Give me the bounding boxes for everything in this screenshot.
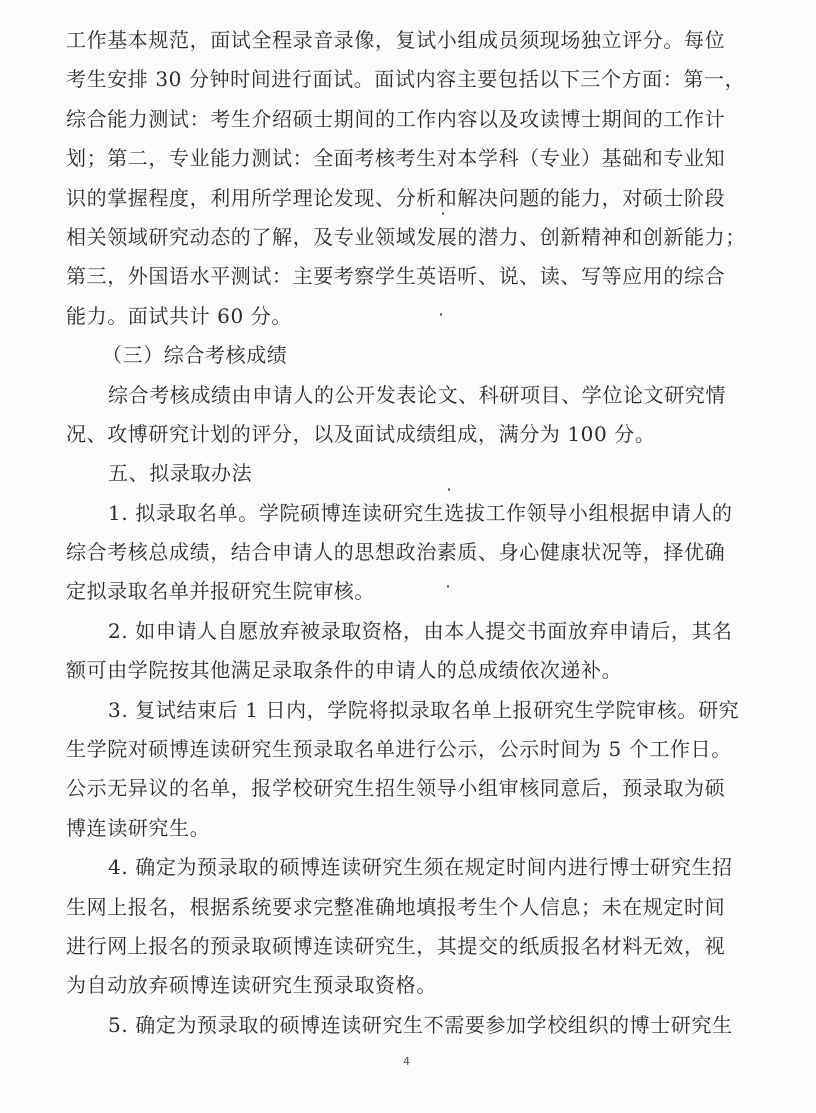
body-text-line: 博连读研究生。 [66,809,742,848]
body-text-line: 定拟录取名单并报研究生院审核。 [66,572,742,611]
body-text-line: 划；第二，专业能力测试：全面考核考生对本学科（专业）基础和专业知 [66,139,742,178]
body-text-line: 进行网上报名的预录取硕博连读研究生，其提交的纸质报名材料无效，视 [66,927,742,966]
list-item-first-line: 4. 确定为预录取的硕博连读研究生须在规定时间内进行博士研究生招 [66,848,742,887]
body-text-line: 公示无异议的名单，报学校研究生招生领导小组审核同意后，预录取为硕 [66,769,742,808]
body-text-line: 相关领域研究动态的了解，及专业领域发展的潜力、创新精神和创新能力； [66,218,742,257]
body-text-line: 能力。面试共计 60 分。 [66,297,742,336]
scan-speck [440,313,442,316]
list-item-first-line: 2. 如申请人自愿放弃被录取资格，由本人提交书面放弃申请后，其名 [66,612,742,651]
section-subheading: （三）综合考核成绩 [66,336,742,375]
body-text-line: 生学院对硕博连读研究生预录取名单进行公示，公示时间为 5 个工作日。 [66,730,742,769]
body-text-line: 第三，外国语水平测试：主要考察学生英语听、说、读、写等应用的综合 [66,257,742,296]
list-item-first-line: 1. 拟录取名单。学院硕博连读研究生选拔工作领导小组根据申请人的 [66,494,742,533]
paragraph-first-line: 综合考核成绩由申请人的公开发表论文、科研项目、学位论文研究情 [66,376,742,415]
body-text-line: 综合能力测试：考生介绍硕士期间的工作内容以及攻读博士期间的工作计 [66,100,742,139]
body-text-line: 生网上报名，根据系统要求完整准确地填报考生个人信息；未在规定时间 [66,888,742,927]
body-text-line: 况、攻博研究计划的评分，以及面试成绩组成，满分为 100 分。 [66,415,742,454]
scan-speck [447,585,449,588]
section-heading: 五、拟录取办法 [66,454,742,493]
body-text-line: 综合考核总成绩，结合申请人的思想政治素质、身心健康状况等，择优确 [66,533,742,572]
body-text-line: 工作基本规范，面试全程录音录像，复试小组成员须现场独立评分。每位 [66,21,742,60]
scan-speck [448,488,450,491]
document-page: 工作基本规范，面试全程录音录像，复试小组成员须现场独立评分。每位 考生安排 30… [66,21,742,1045]
body-text-line: 额可由学院按其他满足录取条件的申请人的总成绩依次递补。 [66,651,742,690]
scan-speck [442,212,444,215]
list-item-first-line: 3. 复试结束后 1 日内，学院将拟录取名单上报研究生学院审核。研究 [66,691,742,730]
body-text-line: 识的掌握程度，利用所学理论发现、分析和解决问题的能力，对硕士阶段 [66,179,742,218]
list-item-first-line: 5. 确定为预录取的硕博连读研究生不需要参加学校组织的博士研究生 [66,1006,742,1045]
body-text-line: 考生安排 30 分钟时间进行面试。面试内容主要包括以下三个方面：第一， [66,60,742,99]
page-number: 4 [403,1055,410,1068]
body-text-line: 为自动放弃硕博连读研究生预录取资格。 [66,966,742,1005]
